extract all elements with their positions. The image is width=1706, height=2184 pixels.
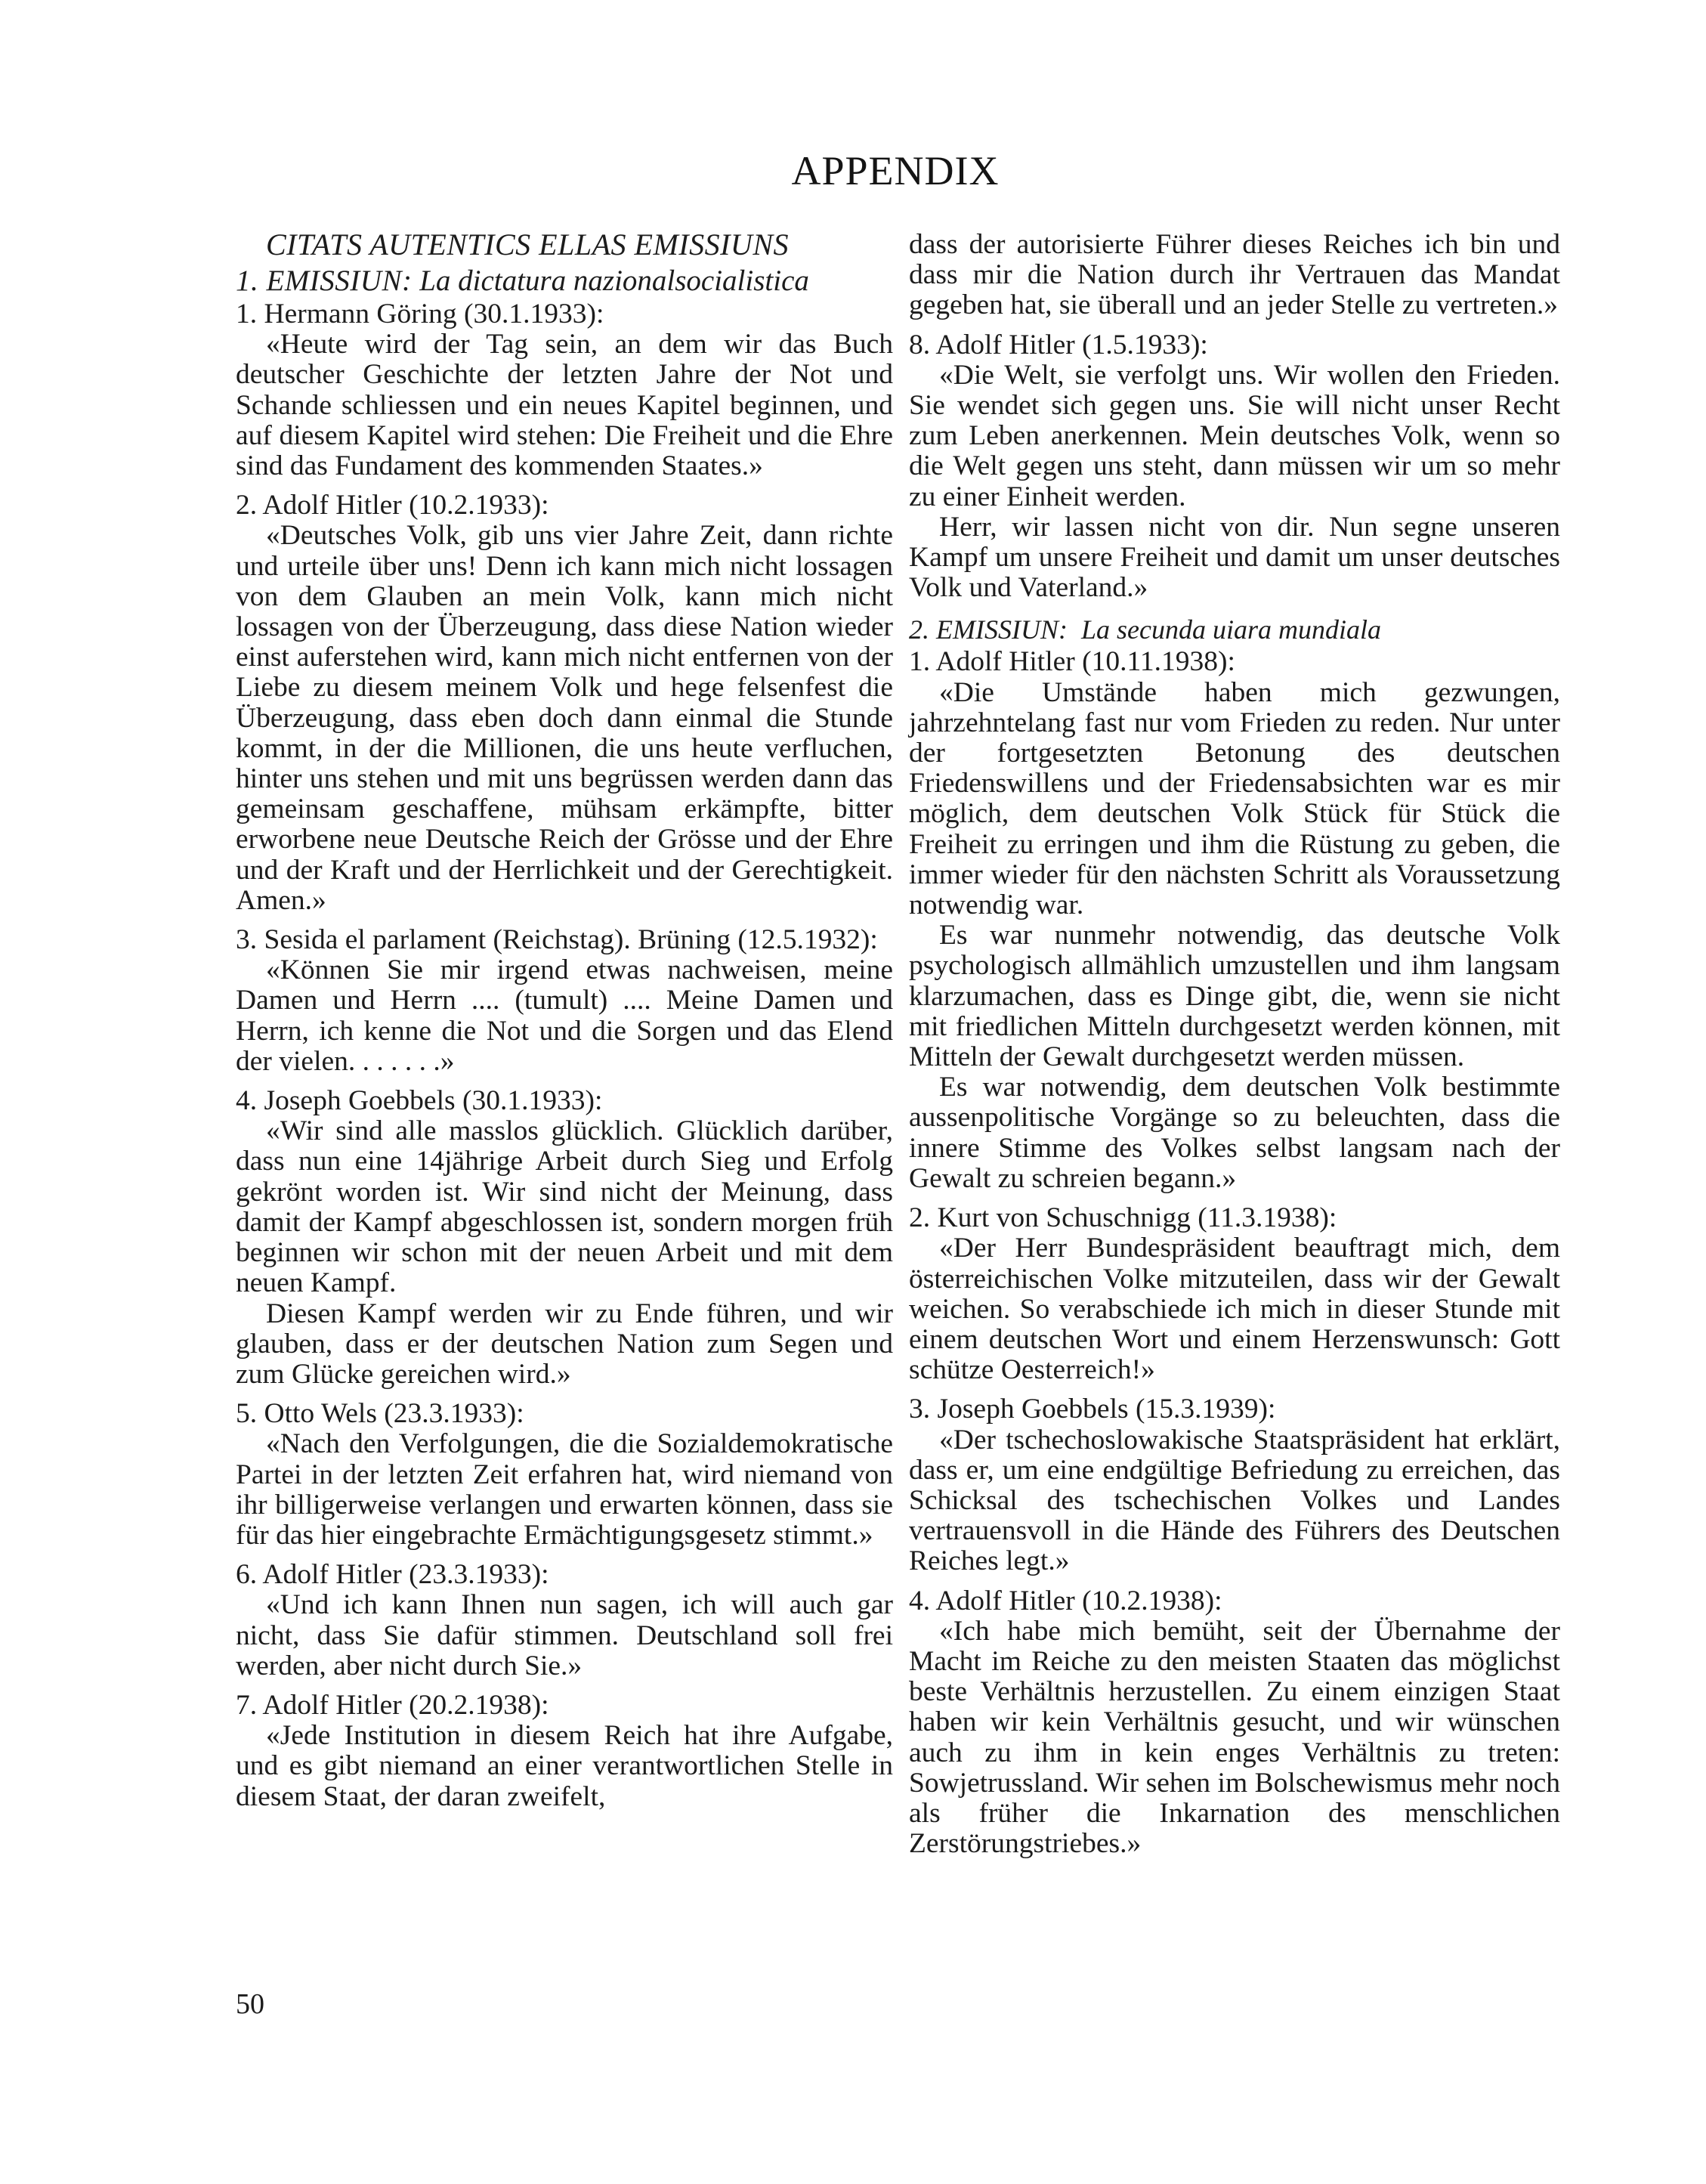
emission-2-heading: 2. EMISSIUN: La secunda uiara mundiala (909, 612, 1560, 647)
quote-entry: 4. Adolf Hitler (10.2.1938): «Ich habe m… (909, 1586, 1560, 1860)
quote-entry: 4. Joseph Goebbels (30.1.1933): «Wir sin… (236, 1086, 893, 1390)
quote-source: 2. Adolf Hitler (10.2.1933): (236, 490, 893, 521)
quote-text: «Deutsches Volk, gib uns vier Jahre Zeit… (236, 521, 893, 916)
emission-2-subtitle: La secunda uiara mundiala (1081, 614, 1381, 645)
quote-source: 3. Sesida el parlament (Reichstag). Brün… (236, 925, 893, 955)
quote-text: «Die Umstände haben mich gezwungen, jahr… (909, 678, 1560, 921)
quote-text: Herr, wir lassen nicht von dir. Nun segn… (909, 512, 1560, 604)
quote-entry: 2. Kurt von Schuschnigg (11.3.1938): «De… (909, 1203, 1560, 1385)
quote-text: Es war notwendig, dem deutschen Volk bes… (909, 1072, 1560, 1194)
quote-text: Es war nunmehr notwendig, das deutsche V… (909, 920, 1560, 1072)
emission-1-heading: 1. EMISSIUN: La dictatura nazionalsocial… (236, 263, 893, 299)
quote-entry: 1. Hermann Göring (30.1.1933): «Heute wi… (236, 299, 893, 481)
quote-entry: 1. Adolf Hitler (10.11.1938): «Die Umstä… (909, 647, 1560, 1194)
quote-text: «Der tschechoslowakische Staatspräsident… (909, 1425, 1560, 1577)
quote-entry: 7. Adolf Hitler (20.2.1938): «Jede Insti… (236, 1691, 893, 1812)
page-number: 50 (236, 1989, 264, 2019)
emission-1-number: 1. EMISSIUN: (236, 264, 412, 297)
quote-entry: 5. Otto Wels (23.3.1933): «Nach den Verf… (236, 1399, 893, 1551)
quote-text: «Jede Institution in diesem Reich hat ih… (236, 1721, 893, 1812)
page-title: APPENDIX (0, 148, 1706, 193)
emission-2-number: 2. EMISSIUN: (909, 614, 1068, 645)
quote-text: «Die Welt, sie verfolgt uns. Wir wollen … (909, 360, 1560, 512)
quote-source: 1. Hermann Göring (30.1.1933): (236, 299, 893, 329)
quote-text: «Nach den Verfolgungen, die die Sozialde… (236, 1429, 893, 1551)
quote-continuation: dass der autorisierte Führer dieses Reic… (909, 230, 1560, 321)
quote-text: «Der Herr Bundespräsident beauftragt mic… (909, 1233, 1560, 1385)
quote-entry: 6. Adolf Hitler (23.3.1933): «Und ich ka… (236, 1560, 893, 1681)
quote-text: «Wir sind alle masslos glücklich. Glückl… (236, 1116, 893, 1298)
quote-text: «Ich habe mich bemüht, seit der Übernahm… (909, 1616, 1560, 1860)
quote-source: 7. Adolf Hitler (20.2.1938): (236, 1691, 893, 1721)
quote-text: «Heute wird der Tag sein, an dem wir das… (236, 329, 893, 481)
emission-1-subtitle: La dictatura nazionalsocialistica (419, 264, 809, 297)
quote-source: 8. Adolf Hitler (1.5.1933): (909, 330, 1560, 360)
quote-source: 2. Kurt von Schuschnigg (11.3.1938): (909, 1203, 1560, 1233)
quote-text: Diesen Kampf werden wir zu Ende führen, … (236, 1299, 893, 1391)
quote-source: 4. Adolf Hitler (10.2.1938): (909, 1586, 1560, 1616)
section-title: CITATS AUTENTICS ELLAS EMISSIUNS (236, 227, 893, 263)
left-column: CITATS AUTENTICS ELLAS EMISSIUNS 1. EMIS… (236, 227, 893, 1821)
quote-source: 6. Adolf Hitler (23.3.1933): (236, 1560, 893, 1590)
quote-entry: 8. Adolf Hitler (1.5.1933): «Die Welt, s… (909, 330, 1560, 604)
quote-source: 4. Joseph Goebbels (30.1.1933): (236, 1086, 893, 1116)
quote-text: «Und ich kann Ihnen nun sagen, ich will … (236, 1590, 893, 1681)
quote-text: «Können Sie mir irgend etwas nachweisen,… (236, 955, 893, 1077)
quote-source: 3. Joseph Goebbels (15.3.1939): (909, 1394, 1560, 1425)
right-column: dass der autorisierte Führer dieses Reic… (909, 230, 1560, 1868)
quote-entry: 3. Sesida el parlament (Reichstag). Brün… (236, 925, 893, 1077)
quote-entry: 2. Adolf Hitler (10.2.1933): «Deutsches … (236, 490, 893, 916)
quote-entry: 3. Joseph Goebbels (15.3.1939): «Der tsc… (909, 1394, 1560, 1576)
quote-source: 5. Otto Wels (23.3.1933): (236, 1399, 893, 1429)
quote-source: 1. Adolf Hitler (10.11.1938): (909, 647, 1560, 677)
quote-text: dass der autorisierte Führer dieses Reic… (909, 230, 1560, 321)
